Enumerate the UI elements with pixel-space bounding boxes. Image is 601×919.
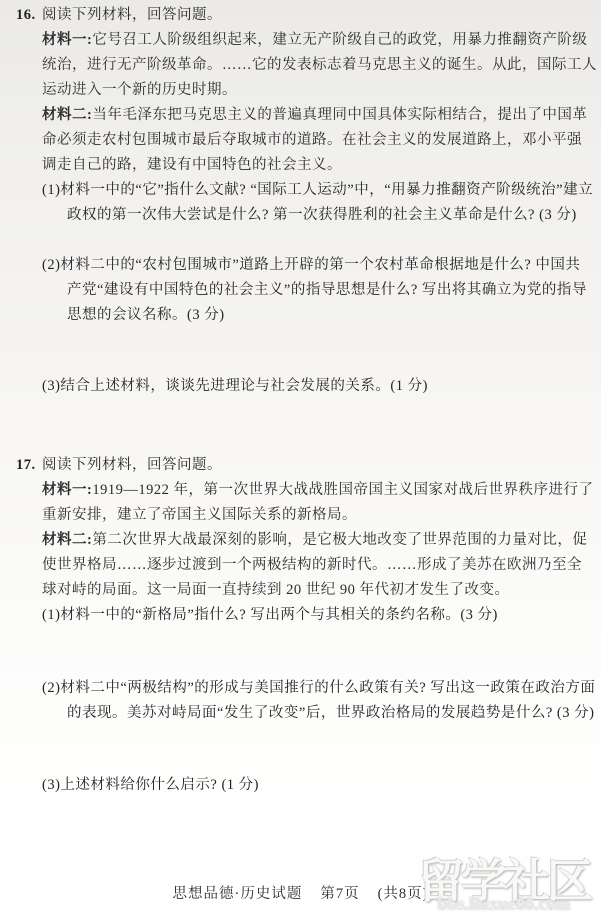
q17-material1-text1: 1919—1922 年，第一次世界大战战胜国帝国主义国家对战后世界秩序进行了 bbox=[92, 482, 593, 498]
question-17-number: 17. bbox=[16, 453, 42, 478]
page-footer: 思想品德·历史试题第7页(共8页) bbox=[0, 882, 601, 903]
q17-material2-line2: 使世界格局……逐步过渡到一个两极结构的新时代。……形成了美苏在欧洲乃至全 bbox=[0, 553, 601, 578]
q16-material2-line2: 命必须走农村包围城市最后夺取城市的道路。在社会主义的发展道路上，邓小平强 bbox=[0, 128, 601, 153]
q16-material1-line3: 运动进入一个新的历史时期。 bbox=[0, 78, 601, 103]
q17-sub2-line1: (2)材料二中“两极结构”的形成与美国推行的什么政策有关? 写出这一政策在政治方… bbox=[0, 676, 601, 701]
q17-sub3-line1: (3)上述材料给你什么启示? (1 分) bbox=[0, 773, 601, 798]
q16-sub2-line1: (2)材料二中的“农村包围城市”道路上开辟的第一个农村革命根据地是什么? 中国共 bbox=[0, 253, 601, 278]
exam-content: 16.阅读下列材料，回答问题。 材料一:它号召工人阶级组织起来，建立无产阶级自己… bbox=[0, 0, 601, 798]
q16-material2-line1: 材料二:当年毛泽东把马克思主义的普遍真理同中国具体实际相结合，提出了中国革 bbox=[0, 103, 601, 128]
q16-sub3-line1: (3)结合上述材料，谈谈先进理论与社会发展的关系。(1 分) bbox=[0, 374, 601, 399]
question-16-intro: 阅读下列材料，回答问题。 bbox=[42, 7, 222, 23]
exam-paper-page: 16.阅读下列材料，回答问题。 材料一:它号召工人阶级组织起来，建立无产阶级自己… bbox=[0, 0, 601, 919]
q17-material2-text1: 第二次世界大战最深刻的影响，是它极大地改变了世界范围的力量对比，促 bbox=[92, 532, 587, 548]
q17-material1-line2: 重新安排，建立了帝国主义国际关系的新格局。 bbox=[0, 503, 601, 528]
q16-material1-text1: 它号召工人阶级组织起来，建立无产阶级自己的政党，用暴力推翻资产阶级 bbox=[92, 32, 587, 48]
q17-material1-label: 材料一: bbox=[42, 482, 92, 498]
question-17-intro: 阅读下列材料，回答问题。 bbox=[42, 457, 222, 473]
q16-material1-label: 材料一: bbox=[42, 32, 92, 48]
q16-material2-line3: 调走自己的路，建设有中国特色的社会主义。 bbox=[0, 153, 601, 178]
q16-material1-line1: 材料一:它号召工人阶级组织起来，建立无产阶级自己的政党，用暴力推翻资产阶级 bbox=[0, 28, 601, 53]
q16-material2-text1: 当年毛泽东把马克思主义的普遍真理同中国具体实际相结合，提出了中国革 bbox=[92, 107, 587, 123]
question-17-header: 17.阅读下列材料，回答问题。 bbox=[0, 453, 601, 478]
q16-sub1-line1: (1)材料一中的“它”指什么文献? “国际工人运动”中，“用暴力推翻资产阶级统治… bbox=[0, 178, 601, 203]
q16-material2-label: 材料二: bbox=[42, 107, 92, 123]
footer-page-total: (共8页) bbox=[378, 886, 429, 902]
question-16-number: 16. bbox=[16, 3, 42, 28]
q17-sub1-line1: (1)材料一中的“新格局”指什么? 写出两个与其相关的条约名称。(3 分) bbox=[0, 603, 601, 628]
q17-sub2-line2: 的表现。美苏对峙局面“发生了改变”后，世界政治格局的发展趋势是什么? (3 分) bbox=[0, 701, 601, 726]
footer-exam-title: 思想品德·历史试题 bbox=[173, 886, 303, 902]
q17-material2-label: 材料二: bbox=[42, 532, 92, 548]
footer-page-number: 第7页 bbox=[320, 886, 359, 902]
q16-sub1-line2: 政权的第一次伟大尝试是什么? 第一次获得胜利的社会主义革命是什么? (3 分) bbox=[0, 203, 601, 228]
q16-sub2-line3: 思想的会议名称。(3 分) bbox=[0, 303, 601, 328]
q16-material1-line2: 统治，进行无产阶级革命。……它的发表标志着马克思主义的诞生。从此，国际工人 bbox=[0, 53, 601, 78]
q17-material2-line3: 球对峙的局面。这一局面一直持续到 20 世纪 90 年代初才发生了改变。 bbox=[0, 578, 601, 603]
q17-material2-line1: 材料二:第二次世界大战最深刻的影响，是它极大地改变了世界范围的力量对比，促 bbox=[0, 528, 601, 553]
q16-sub2-line2: 产党“建设有中国特色的社会主义”的指导思想是什么? 写出将其确立为党的指导 bbox=[0, 278, 601, 303]
question-16-header: 16.阅读下列材料，回答问题。 bbox=[0, 3, 601, 28]
q17-material1-line1: 材料一:1919—1922 年，第一次世界大战战胜国帝国主义国家对战后世界秩序进… bbox=[0, 478, 601, 503]
